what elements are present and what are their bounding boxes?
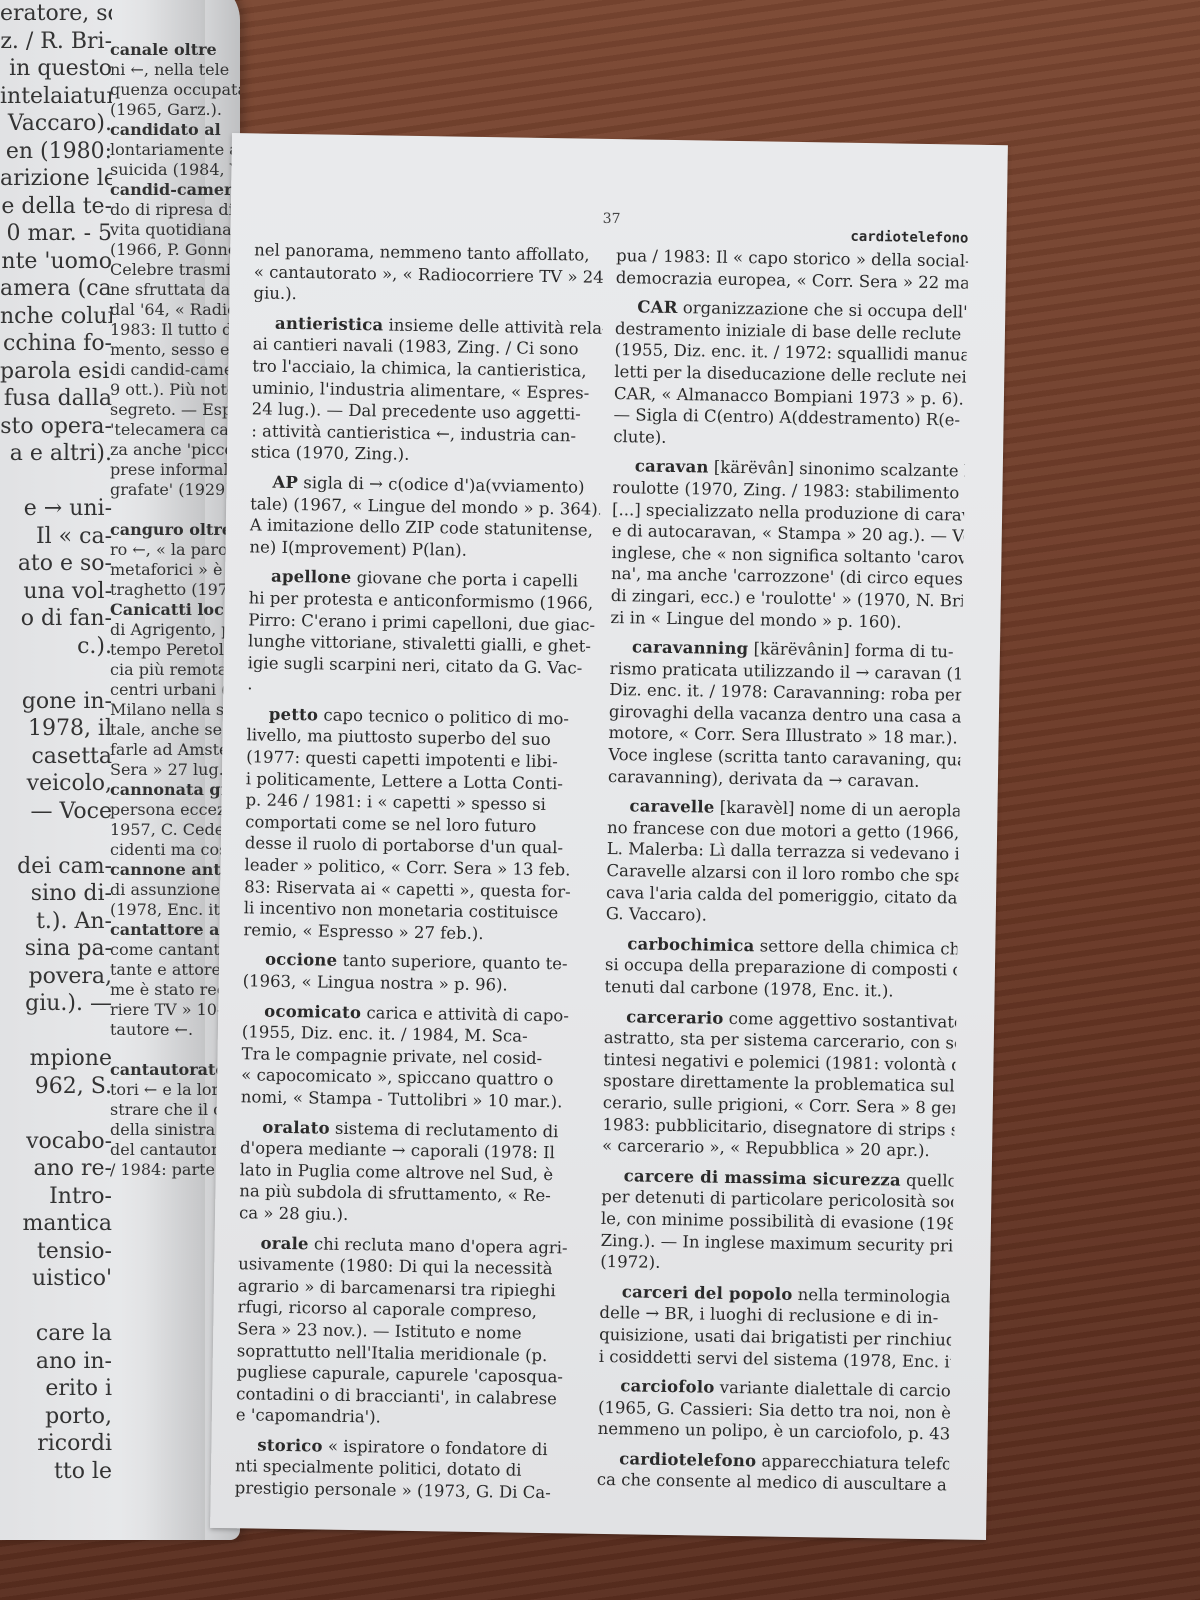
text-line: e della te- — [0, 193, 112, 221]
text-line — [0, 825, 112, 853]
text-line: amera (ca- — [0, 275, 112, 303]
text-line: mpione — [0, 1045, 112, 1073]
entry-headword: AP — [272, 473, 298, 492]
entry-headword: storico — [257, 1435, 323, 1455]
dictionary-entry: cardiotelefono apparecchiatura telefoni-… — [597, 1448, 950, 1497]
text-line: veicolo, — [0, 770, 112, 798]
text-line: sina pa- — [0, 935, 112, 963]
page-number: 37 — [603, 211, 621, 227]
text-line: una vol- — [0, 578, 112, 606]
entry-definition: nella terminologia — [798, 1285, 951, 1306]
text-line: nte 'uomo — [0, 248, 112, 276]
entry-headword: carcerario — [626, 1007, 724, 1028]
text-line: vocabo- — [0, 1128, 112, 1156]
dictionary-entry: oralato sistema di reclutamento did'oper… — [239, 1116, 591, 1229]
dictionary-entry: CAR organizzazione che si occupa dell'ad… — [613, 296, 967, 453]
entry-definition: nome di un aeropla- — [800, 799, 960, 821]
entry-pronunciation: [kärëvânin] — [753, 639, 849, 660]
text-line: 1978, il — [0, 715, 112, 743]
text-line — [0, 660, 112, 688]
left-page-outer-column: eratore, so-z. / R. Bri-in questointelai… — [0, 0, 110, 1485]
entry-definition: sigla di → c(odice d')a(vviamento) — [303, 473, 584, 496]
text-line: e → uni- — [0, 495, 112, 523]
dictionary-entry: occione tanto superiore, quanto te-(1963… — [243, 949, 594, 998]
middle-column: nel panorama, nemmeno tanto affollato,« … — [234, 239, 604, 1512]
text-line: Intro- — [0, 1183, 112, 1211]
entry-headword: apellone — [271, 567, 352, 587]
dictionary-entry: carcerario come aggettivo sostantivatoas… — [602, 1006, 956, 1163]
text-line: fusa dalla — [0, 385, 112, 413]
text-line — [0, 468, 112, 496]
dictionary-entry: antieristica insieme delle attività rela… — [251, 312, 603, 469]
entry-headword: oralato — [262, 1117, 330, 1137]
text-line: Il « ca- — [0, 523, 112, 551]
dictionary-entry: carciofolo variante dialettale di carcio… — [598, 1375, 951, 1445]
dictionary-entry: ocomicato carica e attività di capo-(195… — [241, 1000, 593, 1113]
entry-headword: ocomicato — [264, 1001, 361, 1022]
text-line: porto, — [0, 1403, 112, 1431]
right-page: 37 cardiotelefono nel panorama, nemmeno … — [210, 133, 1008, 1540]
entry-headword: cardiotelefono — [619, 1449, 756, 1470]
entry-pronunciation: [karavèl] — [720, 798, 795, 818]
entry-definition: variante dialettale di carciofo — [720, 1378, 951, 1401]
entry-headword: carbochimica — [627, 934, 754, 955]
text-line: ca che consente al medico di auscultare … — [597, 1469, 949, 1496]
entry-headword: carcere di massima sicurezza — [624, 1166, 901, 1189]
text-line — [0, 1018, 112, 1046]
dictionary-entry: caravelle [karavèl] nome di un aeropla-n… — [606, 795, 960, 930]
dictionary-entry: carbochimica settore della chimica chesi… — [604, 933, 957, 1003]
text-line: 0 mar. - 5 — [0, 220, 112, 248]
text-line: tensio- — [0, 1238, 112, 1266]
text-line: c.). — [0, 633, 112, 661]
text-line: en (1980: — [0, 138, 112, 166]
continued-text: nel panorama, nemmeno tanto affollato,« … — [253, 239, 604, 309]
text-line: nche colui — [0, 303, 112, 331]
page-curl-shadow — [145, 0, 205, 1540]
text-line: uistico' — [0, 1265, 112, 1293]
text-line: — Voce — [0, 798, 112, 826]
text-line: t.). An- — [0, 908, 112, 936]
dictionary-entry: caravanning [kärëvânin] forma di tu-rism… — [608, 636, 962, 793]
entry-definition: insieme delle attività rela- — [388, 315, 603, 337]
text-line: a e altri). — [0, 440, 112, 468]
text-line: sino di- — [0, 880, 112, 908]
text-line: z. / R. Bri- — [0, 28, 112, 56]
dictionary-entry: carceri del popolo nella terminologiadel… — [599, 1281, 952, 1373]
dictionary-entry: orale chi recluta mano d'opera agri-usiv… — [236, 1232, 589, 1432]
text-line: caravanning), derivata da → caravan. — [608, 766, 960, 793]
text-line: povera, — [0, 963, 112, 991]
text-line: gone in- — [0, 688, 112, 716]
text-line: intelaiatura — [0, 83, 112, 111]
continued-text: pua / 1983: Il « capo storico » della so… — [616, 245, 969, 294]
right-column: pua / 1983: Il « capo storico » della so… — [597, 245, 969, 1504]
text-line: in questo — [0, 55, 112, 83]
dictionary-entry: apellone giovane che porta i capellihi p… — [247, 566, 599, 701]
text-line: parola esi- — [0, 358, 112, 386]
text-line: erito i — [0, 1375, 112, 1403]
dictionary-entry: caravan [kärëvân] sinonimo scalzante lar… — [610, 455, 965, 633]
entry-headword: caravelle — [629, 797, 714, 817]
text-line: nomi, « Stampa - Tuttolibri » 10 mar.). — [241, 1086, 591, 1113]
entry-definition: capo tecnico o politico di mo- — [323, 705, 569, 728]
entry-definition: forma di tu- — [855, 641, 954, 662]
entry-definition: carica e attività di capo- — [366, 1003, 569, 1025]
text-line: arizione le — [0, 165, 112, 193]
entry-headword: caravanning — [632, 637, 749, 658]
text-line: o di fan- — [0, 605, 112, 633]
entry-definition: « ispiratore o fondatore di — [328, 1437, 548, 1459]
entry-definition: quello — [906, 1170, 954, 1190]
text-line: Vaccaro). — [0, 110, 112, 138]
text-line: sto opera- — [0, 413, 112, 441]
text-line: ato e so- — [0, 550, 112, 578]
text-line — [0, 1293, 112, 1321]
entry-headword: caravan — [635, 457, 709, 477]
entry-definition: settore della chimica che — [760, 936, 958, 958]
text-line: casetta — [0, 743, 112, 771]
dictionary-entry: AP sigla di → c(odice d')a(vviamento)tal… — [249, 471, 600, 563]
entry-definition: giovane che porta i capelli — [357, 568, 579, 590]
text-line: care la — [0, 1320, 112, 1348]
text-line: dei cam- — [0, 853, 112, 881]
entry-headword: antieristica — [275, 313, 384, 334]
text-line: 962, S. — [0, 1073, 112, 1101]
dictionary-entry: petto capo tecnico o politico di mo-live… — [243, 703, 597, 946]
entry-definition: sinonimo scalzante la — [799, 459, 965, 481]
running-head: cardiotelefono — [850, 229, 968, 247]
dictionary-entry: carcere di massima sicurezza quelloper d… — [600, 1165, 954, 1278]
entry-definition: organizzazione che si occupa dell'ad- — [683, 298, 968, 322]
entry-definition: apparecchiatura telefoni- — [761, 1451, 949, 1473]
entry-definition: come aggettivo sostantivato — [729, 1009, 957, 1032]
text-line: ano re- — [0, 1155, 112, 1183]
entry-headword: occione — [265, 950, 338, 970]
text-line: tto le — [0, 1458, 112, 1486]
entry-headword: carceri del popolo — [622, 1282, 793, 1304]
text-line — [0, 1100, 112, 1128]
entry-pronunciation: [kärëvân] — [714, 458, 794, 478]
text-line: cchina fo- — [0, 330, 112, 358]
entry-definition: tanto superiore, quanto te- — [342, 951, 567, 974]
entry-headword: petto — [269, 705, 319, 725]
entry-headword: carciofolo — [620, 1376, 714, 1396]
left-page: eratore, so-z. / R. Bri-in questointelai… — [0, 0, 240, 1540]
text-line: ano in- — [0, 1348, 112, 1376]
text-line: giu.). — — [0, 990, 112, 1018]
text-line: mantica — [0, 1210, 112, 1238]
dictionary-entry: storico « ispiratore o fondatore dinti s… — [235, 1434, 586, 1504]
entry-headword: orale — [260, 1233, 308, 1253]
text-line: « carcerario », « Repubblica » 20 apr.). — [602, 1135, 954, 1162]
entry-definition: sistema di reclutamento di — [335, 1118, 559, 1141]
text-line: prestigio personale » (1973, G. Di Ca- — [235, 1477, 585, 1504]
text-line: eratore, so- — [0, 0, 112, 28]
text-line: ricordi — [0, 1430, 112, 1458]
entry-headword: CAR — [637, 298, 678, 318]
entry-definition: chi recluta mano d'opera agri- — [314, 1234, 568, 1257]
text-line: nemmeno un polipo, è un carciofolo, p. 4… — [598, 1418, 950, 1445]
